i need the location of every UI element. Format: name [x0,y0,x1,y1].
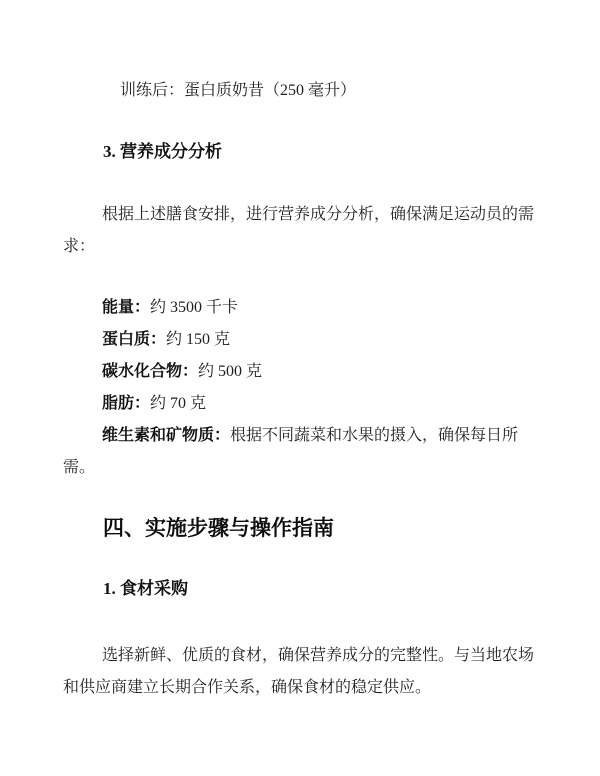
nutrient-item-carbohydrate: 碳水化合物：约 500 克 [63,356,536,388]
chapter-heading-implementation: 四、实施步骤与操作指南 [63,513,536,543]
nutrient-label: 蛋白质： [102,331,166,348]
nutrient-item-protein: 蛋白质：约 150 克 [63,324,536,356]
section-heading-food-procurement: 1. 食材采购 [63,576,536,602]
nutrient-item-vitamins-minerals: 维生素和矿物质：根据不同蔬菜和水果的摄入，确保每日所需。 [63,420,536,484]
section-heading-nutrition-analysis: 3. 营养成分分析 [63,139,536,165]
document-page: 训练后：蛋白质奶昔（250 毫升） 3. 营养成分分析 根据上述膳食安排，进行营… [0,0,600,776]
nutrient-value: 约 150 克 [166,331,230,348]
meal-item-line: 训练后：蛋白质奶昔（250 毫升） [63,75,536,107]
paragraph-nutrition-intro: 根据上述膳食安排，进行营养成分分析，确保满足运动员的需求： [63,199,536,263]
nutrient-value: 约 3500 千卡 [150,299,238,316]
nutrient-label: 维生素和矿物质： [102,427,230,444]
nutrient-list: 能量：约 3500 千卡 蛋白质：约 150 克 碳水化合物：约 500 克 脂… [63,292,536,484]
nutrient-value: 约 500 克 [198,363,262,380]
nutrient-item-fat: 脂肪：约 70 克 [63,388,536,420]
nutrient-item-energy: 能量：约 3500 千卡 [63,292,536,324]
paragraph-food-procurement: 选择新鲜、优质的食材，确保营养成分的完整性。与当地农场和供应商建立长期合作关系，… [63,640,536,704]
nutrient-label: 能量： [102,299,150,316]
nutrient-value: 约 70 克 [150,395,206,412]
nutrient-label: 脂肪： [102,395,150,412]
nutrient-label: 碳水化合物： [102,363,198,380]
